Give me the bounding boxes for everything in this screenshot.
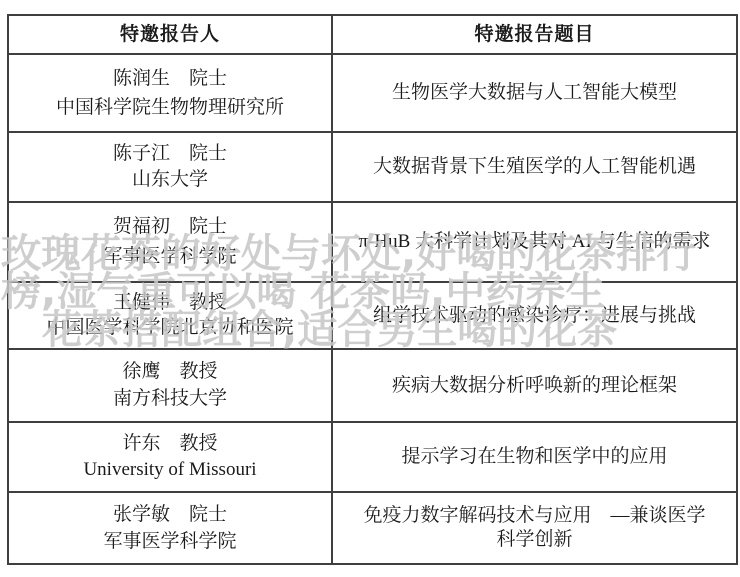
talk-title-cell: π-HuB 大科学计划及其对 AI 与生信的需求 (331, 201, 736, 281)
talk-title-cell: 组学技术驱动的感染诊疗：进展与挑战 (331, 281, 736, 348)
speaker-cell: 徐鹰 教授 南方科技大学 (9, 348, 331, 421)
speaker-affiliation: 南方科技大学 (113, 387, 227, 411)
talk-title-cell: 大数据背景下生殖医学的人工智能机遇 (331, 131, 736, 201)
speaker-cell: 王健伟 教授 中国医学科学院北京协和医院 (9, 281, 331, 348)
talk-title-cell: 疾病大数据分析呼唤新的理论框架 (331, 348, 736, 421)
speaker-cell: 许东 教授 University of Missouri (9, 421, 331, 491)
speaker-cell: 贺福初 院士 军事医学科学院 (9, 201, 331, 281)
speaker-name: 张学敏 院士 (113, 503, 227, 527)
header-invited-speaker: 特邀报告人 (9, 16, 331, 53)
speaker-cell: 陈润生 院士 中国科学院生物物理研究所 (9, 53, 331, 131)
speaker-affiliation: 军事医学科学院 (103, 245, 236, 269)
speaker-affiliation: 军事医学科学院 (103, 530, 236, 554)
speaker-cell: 陈子江 院士 山东大学 (9, 131, 331, 201)
page: 特邀报告人 特邀报告题目 陈润生 院士 中国科学院生物物理研究所 生物医学大数据… (0, 0, 740, 577)
speaker-cell: 张学敏 院士 军事医学科学院 (9, 491, 331, 563)
speaker-affiliation: 中国医学科学院北京协和医院 (46, 316, 293, 340)
speaker-name: 陈子江 院士 (113, 142, 227, 166)
speaker-name: 王健伟 教授 (113, 291, 227, 315)
header-invited-talk-title: 特邀报告题目 (331, 16, 736, 53)
invited-speakers-table: 特邀报告人 特邀报告题目 陈润生 院士 中国科学院生物物理研究所 生物医学大数据… (7, 14, 738, 565)
speaker-affiliation: 中国科学院生物物理研究所 (56, 96, 284, 120)
talk-title-cell: 免疫力数字解码技术与应用 —兼谈医学 科学创新 (331, 491, 736, 563)
speaker-name: 徐鹰 教授 (122, 360, 217, 384)
speaker-affiliation: 山东大学 (132, 168, 208, 192)
speaker-name: 许东 教授 (122, 432, 217, 456)
speaker-affiliation: University of Missouri (83, 458, 256, 482)
speaker-name: 陈润生 院士 (113, 67, 227, 91)
talk-title-cell: 生物医学大数据与人工智能大模型 (331, 53, 736, 131)
speaker-name: 贺福初 院士 (113, 215, 227, 239)
talk-title-cell: 提示学习在生物和医学中的应用 (331, 421, 736, 491)
